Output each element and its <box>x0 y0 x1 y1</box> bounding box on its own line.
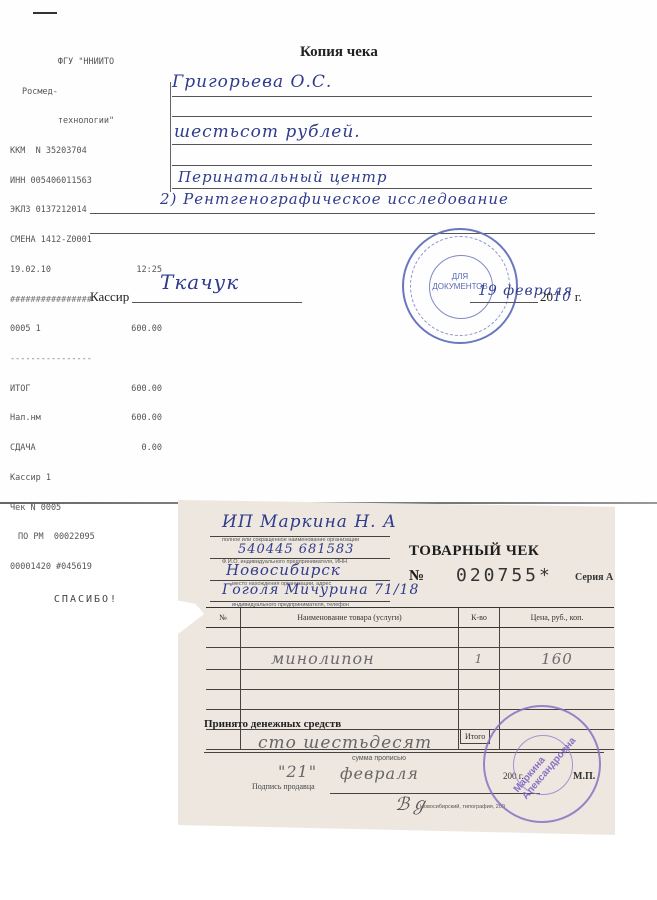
amount-words: шестьсот рублей. <box>174 122 361 142</box>
year-suffix: г. <box>575 289 582 304</box>
receipt-org-line: ФГУ "ННИИТО <box>10 58 162 68</box>
receipt-kkm: ККМ N 35203704 <box>10 147 162 157</box>
received-label: Принято денежных средств <box>204 718 341 730</box>
payer-name: Григорьева О.С. <box>172 72 332 92</box>
cell <box>459 710 500 730</box>
cell <box>206 648 241 670</box>
receipt-time: 12:25 <box>136 266 162 276</box>
cell <box>206 730 241 750</box>
seller-city: Новосибирск <box>226 561 341 579</box>
year-prefix: 20 <box>540 289 553 304</box>
form-line <box>172 116 592 117</box>
form-line <box>90 213 595 214</box>
seller-street: Гоголя Мичурина 71/18 <box>222 582 419 598</box>
receipt-cash-label: Нал.нм <box>10 414 41 424</box>
seller-inn: 540445 681583 <box>238 542 354 557</box>
col-number: № <box>206 608 241 628</box>
receipt-eklz: ЭКЛЗ 0137212014 <box>10 206 162 216</box>
seller-name: ИП Маркина Н. А <box>222 512 397 532</box>
seller-sign-label: Подпись продавца <box>252 782 315 791</box>
receipt-day: "21" <box>278 762 317 781</box>
cell <box>459 690 500 710</box>
receipt-change-value: 0.00 <box>142 444 162 454</box>
table-row <box>206 628 614 648</box>
stamp-text-line: ДЛЯ <box>404 272 516 282</box>
amount-words: сто шестьдесят <box>258 733 432 753</box>
receipt-cash-value: 600.00 <box>131 414 162 424</box>
receipt-line-code: 0005 1 <box>10 325 41 335</box>
cell <box>241 670 459 690</box>
cell <box>500 628 615 648</box>
asterisk-mark: * <box>539 565 550 586</box>
amount-caption: сумма прописью <box>352 755 406 762</box>
col-price: Цена, руб., коп. <box>500 608 615 628</box>
receipt-thanks: СПАСИБО! <box>10 595 162 605</box>
receipt-inn: ИНН 005406011563 <box>10 177 162 187</box>
receipt-shift: СМЕНА 1412-Z0001 <box>10 236 162 246</box>
receipt-org-line: технологии" <box>10 117 162 127</box>
cell <box>206 690 241 710</box>
cell <box>241 628 459 648</box>
service-line-1: Перинатальный центр <box>178 168 388 186</box>
receipt-total-value: 600.00 <box>131 385 162 395</box>
sales-receipt-title: ТОВАРНЫЙ ЧЕК <box>409 543 539 560</box>
receipt-series: Серия А <box>575 572 613 583</box>
number-sign: № <box>409 568 424 585</box>
seller-signature: ℬℊ <box>395 790 429 816</box>
receipt-number-value: 020755 <box>456 565 539 586</box>
cell <box>206 670 241 690</box>
signature-line <box>132 302 302 303</box>
receipt-org-line: Росмед- <box>10 88 162 98</box>
col-item-name: Наименование товара (услуги) <box>241 608 459 628</box>
table-header-row: № Наименование товара (услуги) К-во Цена… <box>206 608 614 628</box>
receipt-separator: ################ <box>10 296 162 306</box>
scan-mark <box>33 12 57 14</box>
cell <box>459 628 500 648</box>
form-line <box>172 144 592 145</box>
seller-stamp: Маркина Александровна <box>483 705 601 823</box>
receipt-change-label: СДАЧА <box>10 444 36 454</box>
receipt-number: 020755* <box>456 565 550 586</box>
year-handwritten: 10 <box>553 290 572 305</box>
copy-title: Копия чека <box>300 44 378 61</box>
receipt-date: 19.02.10 <box>10 266 51 276</box>
cashier-label: Кассир <box>90 289 129 305</box>
col-qty: К-во <box>459 608 500 628</box>
item-qty: 1 <box>459 648 500 670</box>
receipt-month: февраля <box>340 764 419 783</box>
print-footer: Новосибирский, типография, 200 <box>420 804 505 810</box>
cell <box>206 628 241 648</box>
form-line <box>90 233 595 234</box>
total-label: Итого <box>460 729 490 744</box>
date-line <box>470 302 538 303</box>
form-line <box>172 96 592 97</box>
receipt-check-no: Чек N 0005 <box>10 504 162 514</box>
form-line <box>172 188 592 189</box>
service-line-2: 2) Рентгенографическое исследование <box>160 190 509 208</box>
cell <box>459 670 500 690</box>
date-year: 2010 г. <box>540 289 582 305</box>
table-row: минолипон 1 160 <box>206 648 614 670</box>
cell <box>500 670 615 690</box>
cashier-signature: Ткачук <box>160 270 239 294</box>
cell <box>241 690 459 710</box>
table-row <box>206 670 614 690</box>
receipt-total-label: ИТОГ <box>10 385 30 395</box>
receipt-line-amount: 600.00 <box>131 325 162 335</box>
item-price: 160 <box>500 648 615 670</box>
receipt-separator: ---------------- <box>10 355 162 365</box>
form-line <box>172 165 592 166</box>
receipt-fn-rm: ПО РМ 00022095 <box>10 533 162 543</box>
cash-register-receipt: ФГУ "ННИИТО Росмед- технологии" ККМ N 35… <box>10 38 162 615</box>
item-name: минолипон <box>241 648 459 670</box>
receipt-cashier: Кассир 1 <box>10 474 162 484</box>
receipt-kpk: 00001420 #045619 <box>10 563 162 573</box>
